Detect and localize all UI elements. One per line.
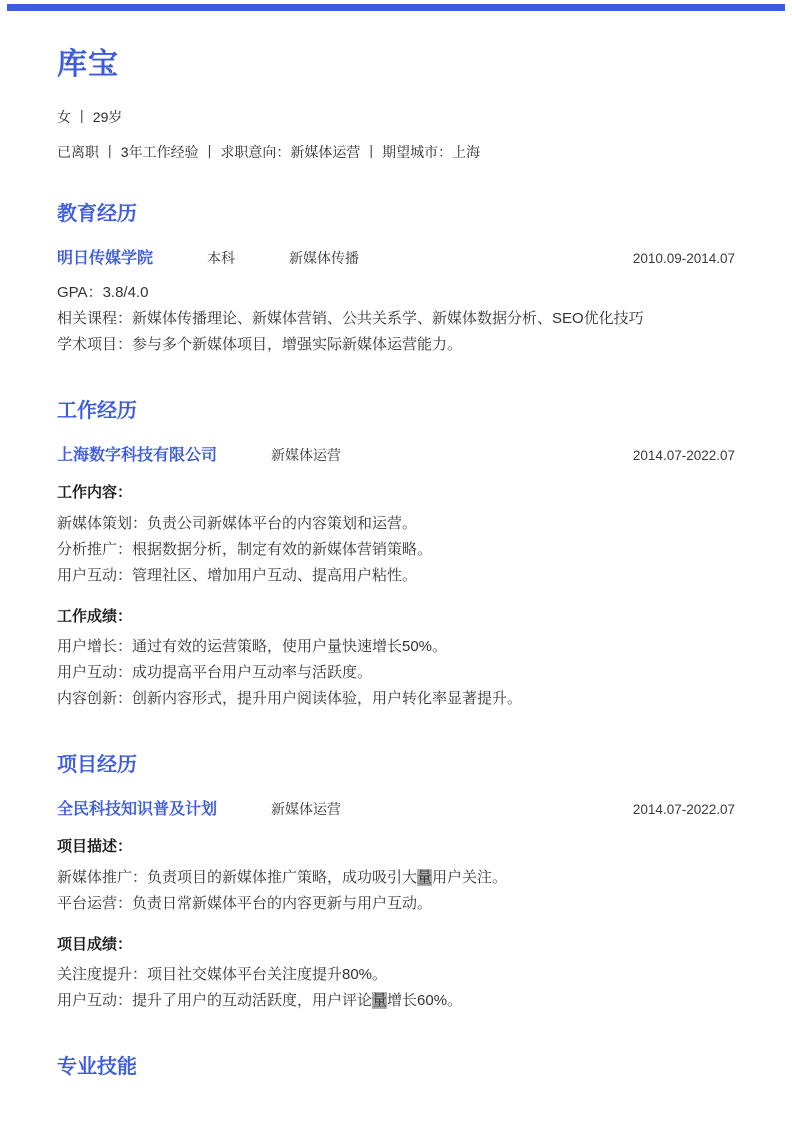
project-achievement-lines: 关注度提升：项目社交媒体平台关注度提升80%。 用户互动：提升了用户的互动活跃度…	[57, 962, 735, 1014]
resume-content: 库宝 女 丨 29岁 已离职 丨 3年工作经验 丨 求职意向：新媒体运营 丨 期…	[0, 47, 792, 1080]
work-date-range: 2014.07-2022.07	[633, 448, 735, 463]
work-content-lines: 新媒体策划：负责公司新媒体平台的内容策划和运营。 分析推广：根据数据分析，制定有…	[57, 511, 735, 589]
education-entry-row: 明日传媒学院 本科 新媒体传播 2010.09-2014.07	[57, 245, 735, 268]
project-achievement-line: 关注度提升：项目社交媒体平台关注度提升80%。	[57, 962, 735, 988]
work-achievement-line: 用户互动：成功提高平台用户互动率与活跃度。	[57, 660, 735, 686]
section-title-skills: 专业技能	[57, 1054, 735, 1080]
line-text: 新媒体推广：负责项目的新媒体推广策略，成功吸引大	[57, 869, 417, 886]
project-date-range: 2014.07-2022.07	[633, 802, 735, 817]
project-role-label: 新媒体运营	[271, 799, 341, 819]
project-desc-label: 项目描述：	[57, 837, 735, 857]
line-text: 平台运营：负责日常新媒体平台的内容更新与用户互动。	[57, 895, 432, 912]
gpa-line: GPA：3.8/4.0	[57, 280, 735, 306]
major-label: 新媒体传播	[289, 248, 359, 268]
work-achievement-lines: 用户增长：通过有效的运营策略，使用户量快速增长50%。 用户互动：成功提高平台用…	[57, 634, 735, 712]
project-achievement-label: 项目成绩：	[57, 935, 735, 955]
basic-info-line: 女 丨 29岁	[57, 108, 735, 126]
related-courses-line: 相关课程：新媒体传播理论、新媒体营销、公共关系学、新媒体数据分析、SEO优化技巧	[57, 306, 735, 332]
company-name: 上海数字科技有限公司	[57, 442, 217, 465]
work-achievement-line: 内容创新：创新内容形式，提升用户阅读体验，用户转化率显著提升。	[57, 686, 735, 712]
project-desc-line: 平台运营：负责日常新媒体平台的内容更新与用户互动。	[57, 891, 735, 917]
search-highlight: 量	[372, 992, 387, 1009]
top-accent-bar	[7, 4, 785, 11]
degree-label: 本科	[207, 248, 235, 268]
work-content-line: 分析推广：根据数据分析，制定有效的新媒体营销策略。	[57, 537, 735, 563]
line-text: 增长60%。	[387, 992, 462, 1009]
education-details: GPA：3.8/4.0 相关课程：新媒体传播理论、新媒体营销、公共关系学、新媒体…	[57, 280, 735, 358]
work-achievement-label: 工作成绩：	[57, 607, 735, 627]
project-achievement-line: 用户互动：提升了用户的互动活跃度，用户评论量增长60%。	[57, 988, 735, 1014]
resume-page: 库宝 女 丨 29岁 已离职 丨 3年工作经验 丨 求职意向：新媒体运营 丨 期…	[0, 0, 792, 1121]
detail-info-line: 已离职 丨 3年工作经验 丨 求职意向：新媒体运营 丨 期望城市：上海	[57, 143, 735, 161]
project-desc-lines: 新媒体推广：负责项目的新媒体推广策略，成功吸引大量用户关注。 平台运营：负责日常…	[57, 865, 735, 917]
search-highlight: 量	[417, 869, 432, 886]
section-title-project: 项目经历	[57, 752, 735, 778]
line-text: 用户关注。	[432, 869, 507, 886]
project-desc-line: 新媒体推广：负责项目的新媒体推广策略，成功吸引大量用户关注。	[57, 865, 735, 891]
work-content-line: 新媒体策划：负责公司新媒体平台的内容策划和运营。	[57, 511, 735, 537]
candidate-name: 库宝	[57, 47, 735, 83]
work-content-line: 用户互动：管理社区、增加用户互动、提高用户粘性。	[57, 563, 735, 589]
line-text: 关注度提升：项目社交媒体平台关注度提升80%。	[57, 966, 387, 983]
work-role-label: 新媒体运营	[271, 445, 341, 465]
school-name: 明日传媒学院	[57, 245, 153, 268]
work-achievement-line: 用户增长：通过有效的运营策略，使用户量快速增长50%。	[57, 634, 735, 660]
work-entry-row: 上海数字科技有限公司 新媒体运营 2014.07-2022.07	[57, 442, 735, 465]
project-entry-row: 全民科技知识普及计划 新媒体运营 2014.07-2022.07	[57, 796, 735, 819]
education-date-range: 2010.09-2014.07	[633, 251, 735, 266]
project-name: 全民科技知识普及计划	[57, 796, 217, 819]
work-content-label: 工作内容：	[57, 483, 735, 503]
academic-projects-line: 学术项目：参与多个新媒体项目，增强实际新媒体运营能力。	[57, 332, 735, 358]
section-title-work: 工作经历	[57, 398, 735, 424]
line-text: 用户互动：提升了用户的互动活跃度，用户评论	[57, 992, 372, 1009]
section-title-education: 教育经历	[57, 201, 735, 227]
